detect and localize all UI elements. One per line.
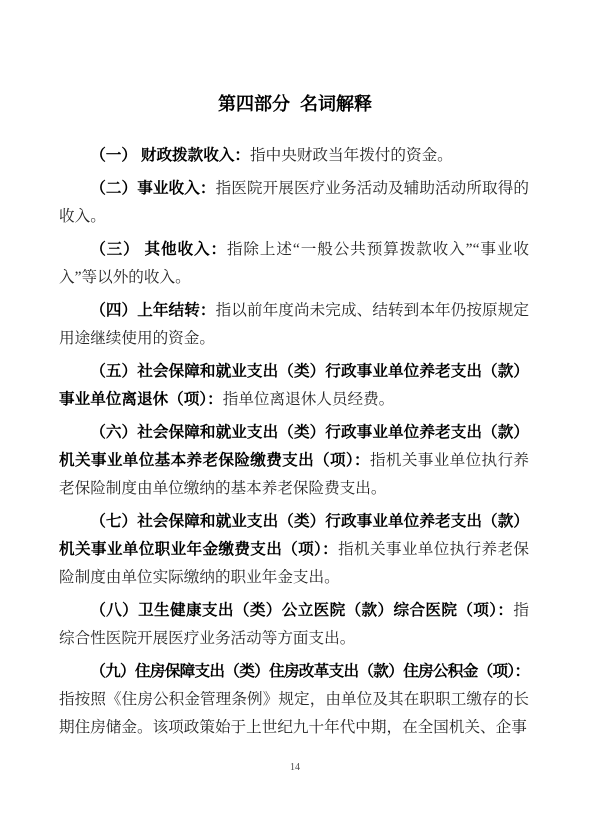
glossary-term: （一） 财政拨款收入： [90, 147, 250, 164]
glossary-term: （四）上年结转： [90, 302, 215, 319]
glossary-entry: （一） 财政拨款收入：指中央财政当年拨付的资金。 [59, 142, 529, 170]
glossary-entry: （九）住房保障支出（类）住房改革支出（款）住房公积金（项）：指按照《住房公积金管… [59, 658, 529, 742]
glossary-entry: （二）事业收入：指医院开展医疗业务活动及辅助活动所取得的收入。 [59, 175, 529, 231]
glossary-term: （九）住房保障支出（类）住房改革支出（款）住房公积金（项）： [90, 663, 529, 680]
glossary-section: （一） 财政拨款收入：指中央财政当年拨付的资金。 （二）事业收入：指医院开展医疗… [0, 114, 590, 742]
glossary-term: （三） 其他收入： [90, 241, 227, 258]
glossary-entry: （六）社会保障和就业支出（类）行政事业单位养老支出（款）机关事业单位基本养老保险… [59, 419, 529, 503]
document-page: 第四部分 名词解释 （一） 财政拨款收入：指中央财政当年拨付的资金。 （二）事业… [0, 0, 590, 833]
glossary-definition: 指按照《住房公积金管理条例》规定，由单位及其在职职工缴存的长期住房储金。该项政策… [59, 691, 529, 736]
page-number: 14 [0, 762, 590, 774]
glossary-entry: （三） 其他收入：指除上述“一般公共预算拨款收入”“事业收入”等以外的收入。 [59, 236, 529, 292]
glossary-entry: （七）社会保障和就业支出（类）行政事业单位养老支出（款）机关事业单位职业年金缴费… [59, 508, 529, 592]
glossary-entry: （五）社会保障和就业支出（类）行政事业单位养老支出（款）事业单位离退休（项）：指… [59, 358, 529, 414]
glossary-entry: （四）上年结转：指以前年度尚未完成、结转到本年仍按原规定用途继续使用的资金。 [59, 297, 529, 353]
glossary-term: （二）事业收入： [90, 180, 215, 197]
glossary-term: （八）卫生健康支出（类）公立医院（款）综合医院（项）： [90, 602, 513, 619]
page-title: 第四部分 名词解释 [0, 0, 590, 114]
glossary-definition: 指中央财政当年拨付的资金。 [250, 147, 453, 164]
glossary-definition: 指单位离退休人员经费。 [223, 391, 395, 408]
glossary-entry: （八）卫生健康支出（类）公立医院（款）综合医院（项）：指综合性医院开展医疗业务活… [59, 597, 529, 653]
